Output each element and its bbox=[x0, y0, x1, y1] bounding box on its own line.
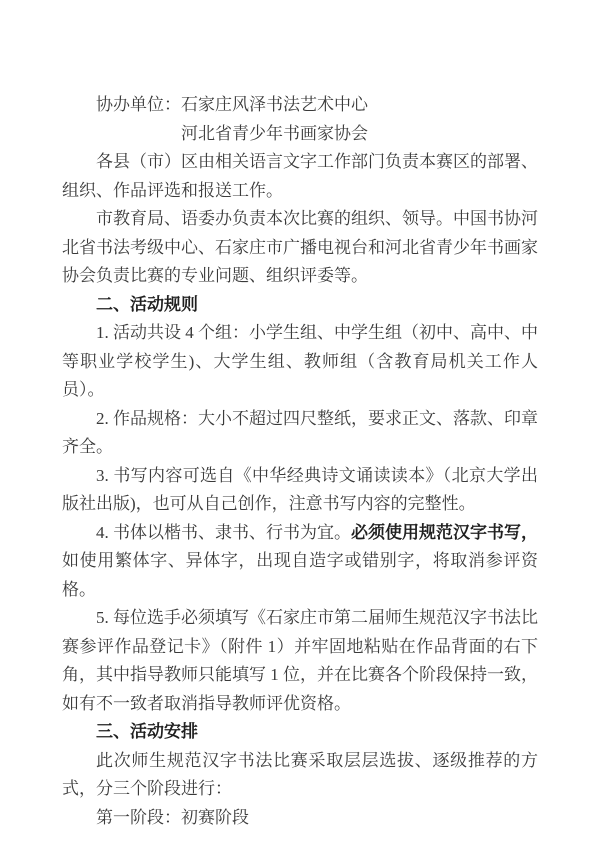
co-organizer-line-1: 协办单位：石家庄风泽书法艺术中心 bbox=[62, 91, 538, 120]
arrangement-intro-paragraph: 此次师生规范汉字书法比赛采取层层选拔、逐级推荐的方式，分三个阶段进行： bbox=[62, 747, 538, 804]
rule-1: 1. 活动共设 4 个组：小学生组、中学生组（初中、高中、中等职业学校学生)、大… bbox=[62, 319, 538, 405]
rule-4-segment-bold: 必须使用规范汉字书写， bbox=[351, 523, 538, 542]
document-page: 协办单位：石家庄风泽书法艺术中心 河北省青少年书画家协会 各县（市）区由相关语言… bbox=[0, 0, 600, 849]
rule-3: 3. 书写内容可选自《中华经典诗文诵读读本》（北京大学出版社出版)，也可从自己创… bbox=[62, 462, 538, 519]
rule-4: 4. 书体以楷书、隶书、行书为宜。必须使用规范汉字书写，如使用繁体字、异体字，出… bbox=[62, 519, 538, 605]
rule-2: 2. 作品规格：大小不超过四尺整纸，要求正文、落款、印章齐全。 bbox=[62, 405, 538, 462]
rule-4-segment-start: 4. 书体以楷书、隶书、行书为宜。 bbox=[96, 523, 351, 542]
rule-4-segment-end: 如使用繁体字、异体字，出现自造字或错别字，将取消参评资格。 bbox=[62, 551, 538, 599]
section-2-heading: 二、活动规则 bbox=[62, 291, 538, 320]
section-3-heading: 三、活动安排 bbox=[62, 718, 538, 747]
district-duty-paragraph: 各县（市）区由相关语言文字工作部门负责本赛区的部署、组织、作品评选和报送工作。 bbox=[62, 148, 538, 205]
co-organizer-line-2: 河北省青少年书画家协会 bbox=[62, 120, 538, 149]
rule-5: 5. 每位选手必须填写《石家庄市第二届师生规范汉字书法比赛参评作品登记卡》（附件… bbox=[62, 604, 538, 718]
city-bureau-duty-paragraph: 市教育局、语委办负责本次比赛的组织、领导。中国书协河北省书法考级中心、石家庄市广… bbox=[62, 205, 538, 291]
stage-1-line: 第一阶段：初赛阶段 bbox=[62, 804, 538, 833]
